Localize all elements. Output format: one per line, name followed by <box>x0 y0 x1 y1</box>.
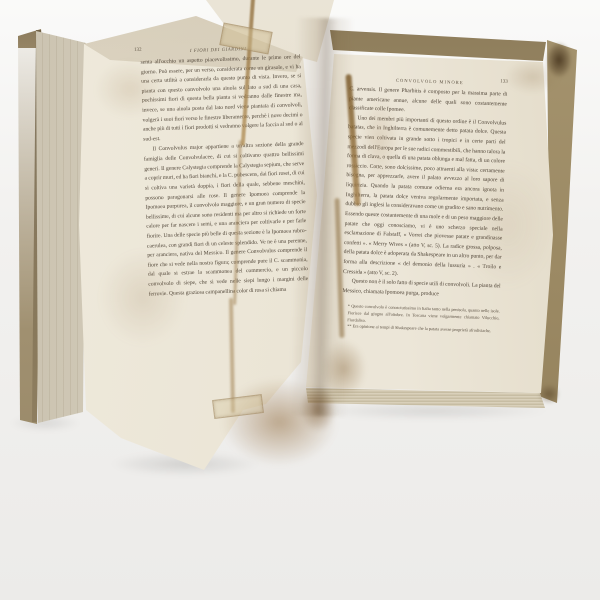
paragraph: Il Convolvulus major appartiene a un'alt… <box>144 141 309 300</box>
photo-open-antique-book: 132 I FIORI DEI GIARDINI senta all'occhi… <box>0 0 600 600</box>
left-running-head: I FIORI DEI GIARDINI <box>132 44 304 55</box>
right-page-body: C. arvensis. Il genere Pharbitis è compo… <box>338 85 513 302</box>
left-page-text-block: 132 I FIORI DEI GIARDINI senta all'occhi… <box>132 40 313 300</box>
paragraph: Uno dei membri più importanti di questo … <box>343 114 507 283</box>
left-page-body: senta all'occhio un aspetto piacevolissi… <box>132 53 312 300</box>
paragraph: Questo non è il solo fatto di specie uti… <box>342 277 501 302</box>
right-page-text-block: CONVOLVOLO MINORE 133 C. arvensis. Il ge… <box>337 72 514 336</box>
right-page-footnotes: * Questo convolvolo è conosciutissimo in… <box>347 304 500 336</box>
right-running-head: CONVOLVOLO MINORE <box>346 76 514 87</box>
paragraph: senta all'occhio un aspetto piacevolissi… <box>140 53 303 145</box>
right-page-number: 133 <box>500 79 508 84</box>
